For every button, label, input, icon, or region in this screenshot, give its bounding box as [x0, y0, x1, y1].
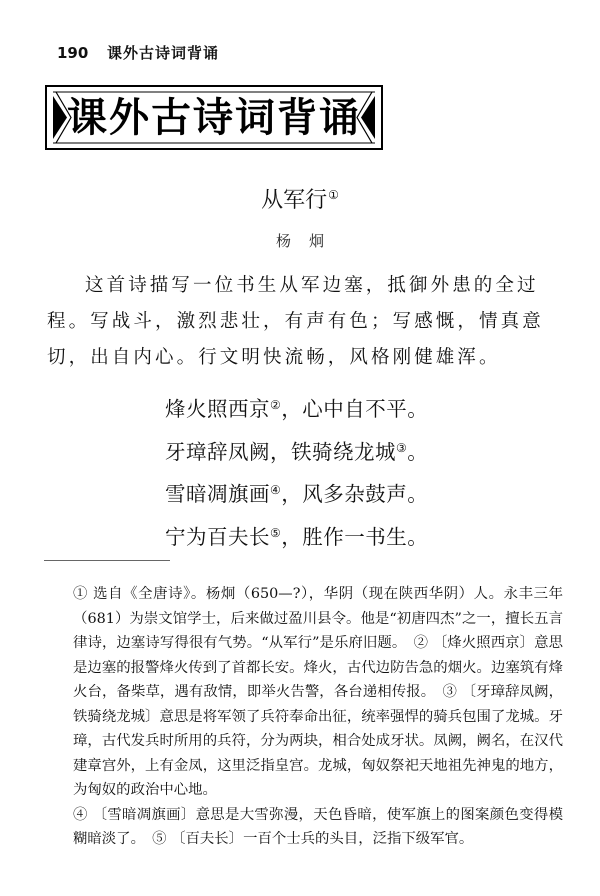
intro-paragraph: 这首诗描写一位书生从军边塞，抵御外患的全过程。写战斗，激烈悲壮，有声有色；写感慨…: [47, 268, 562, 376]
section-banner: 课外古诗词背诵: [45, 85, 383, 150]
poem-author: 杨炯: [0, 230, 600, 251]
footnote-ref: ②: [270, 398, 281, 412]
running-head: 190 课外古诗词背诵: [57, 42, 219, 63]
footnote-divider: [44, 560, 170, 561]
poem-verses: 烽火照西京②，心中自不平。 牙璋辞凤阙，铁骑绕龙城③。 雪暗凋旗画④，风多杂鼓声…: [165, 386, 428, 556]
footnotes: ① 选自《全唐诗》。杨炯（650—?），华阴（现在陕西华阴）人。永丰三年（681…: [73, 582, 563, 852]
section-title: 课外古诗词背诵: [107, 42, 219, 63]
verse-line: 雪暗凋旗画④，风多杂鼓声。: [165, 471, 428, 514]
footnote-block: ① 选自《全唐诗》。杨炯（650—?），华阴（现在陕西华阴）人。永丰三年（681…: [73, 582, 563, 803]
verse-line: 牙璋辞凤阙，铁骑绕龙城③。: [165, 429, 428, 472]
footnote-ref: ③: [396, 441, 407, 455]
footnote-block: ④ 〔雪暗凋旗画〕意思是大雪弥漫，天色昏暗，使军旗上的图案颜色变得模糊暗淡了。 …: [73, 803, 563, 852]
poem-title-text: 从军行: [261, 188, 327, 213]
verse-line: 烽火照西京②，心中自不平。: [165, 386, 428, 429]
footnote-ref: ①: [328, 188, 339, 202]
poem-title: 从军行①: [0, 183, 600, 214]
page-number: 190: [57, 44, 107, 62]
footnote-ref: ④: [270, 483, 281, 497]
verse-line: 宁为百夫长⑤，胜作一书生。: [165, 514, 428, 557]
banner-title: 课外古诗词背诵: [47, 93, 381, 143]
footnote-ref: ⑤: [270, 526, 281, 540]
